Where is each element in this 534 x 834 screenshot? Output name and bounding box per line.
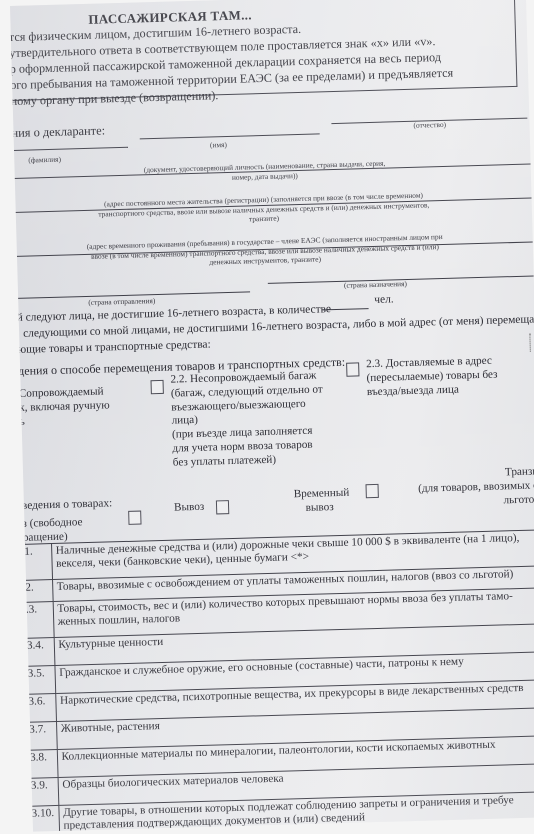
row-number: 3.6. — [26, 694, 56, 723]
surname-label: (фамилия) — [28, 155, 61, 166]
row-number: 2. — [23, 580, 53, 603]
permanent-address-label: (адрес постоянного места жительства (рег… — [83, 190, 444, 229]
declaration-page: ПАССАЖИРСКАЯ ТАМ... тся физическим лицом… — [10, 0, 534, 832]
row-number: 3.4. — [24, 638, 54, 667]
declarant-heading: ния о декларанте: — [11, 123, 105, 141]
departure-country-label: (страна отправления) — [88, 296, 155, 307]
row-number: 3.10. — [29, 805, 59, 831]
row-number: 1. — [22, 544, 53, 581]
free-circulation-checkbox[interactable] — [128, 511, 141, 525]
surname-field[interactable] — [10, 147, 128, 151]
minors-count-field[interactable] — [323, 308, 369, 310]
option-temporary-export: Временный вывоз — [294, 487, 350, 516]
option-delivered-goods: 2.3. Доставляемые в адрес (пересылаемые)… — [366, 355, 498, 400]
goods-info-heading: ведения о товарах: — [22, 497, 113, 512]
option-accompanied-baggage: Сопровождаемый к, включая ручную ь — [19, 385, 111, 429]
margin-mark — [529, 334, 533, 352]
minors-text: ющие товары и транспортные средства: — [17, 339, 210, 356]
patronymic-label: (отчество) — [413, 120, 446, 130]
option-unaccompanied-baggage: 2.2. Несопровождаемый багаж (багаж, след… — [170, 369, 325, 470]
row-number: 3.8. — [27, 749, 57, 778]
destination-country-label: (страна назначения) — [344, 279, 407, 290]
name-label: (имя) — [210, 140, 227, 150]
row-number: .3. — [23, 602, 54, 639]
row-number: 3.5. — [25, 666, 55, 695]
temporary-export-checkbox[interactable] — [365, 484, 378, 498]
temporary-address-label: (адрес временного проживания (пребывания… — [85, 232, 446, 271]
minors-count-unit: чел. — [374, 293, 394, 306]
row-number: 3.7. — [27, 721, 57, 750]
export-checkbox[interactable] — [216, 500, 229, 514]
option-free-circulation: з (свободное ращение) — [22, 516, 83, 545]
option-transit: Транзит (для товаров, ввозимых со льгото… — [403, 465, 534, 510]
name-field[interactable] — [140, 133, 320, 139]
unaccompanied-baggage-checkbox[interactable] — [151, 380, 164, 394]
delivered-goods-checkbox[interactable] — [346, 362, 359, 376]
id-document-label: (документ, удостоверяющий личность (наим… — [135, 158, 395, 184]
row-number: 3.9. — [28, 777, 58, 806]
goods-table: 1. Наличные денежные средства и (или) до… — [21, 529, 534, 831]
option-export: Вывоз — [174, 501, 205, 516]
